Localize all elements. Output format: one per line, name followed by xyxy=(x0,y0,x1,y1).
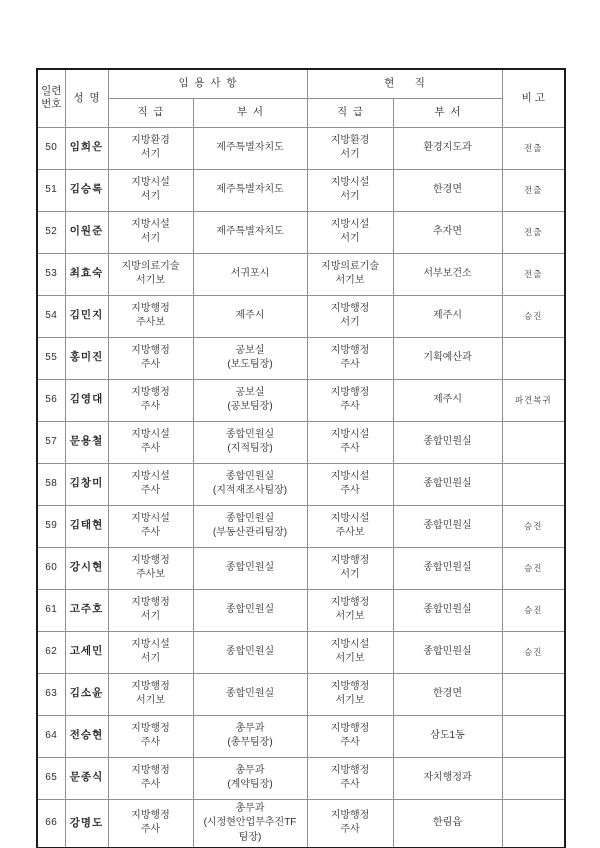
appointment-dept-cell: 총무과 (시정현안업무추진TF 팀장) xyxy=(193,799,307,848)
note-cell: 전출 xyxy=(502,127,565,169)
note-cell: 파견복귀 xyxy=(502,379,565,421)
note-cell: 승진 xyxy=(502,505,565,547)
appointment-dept-cell: 종합민원실 (부동산관리팀장) xyxy=(193,505,307,547)
name-cell: 김승록 xyxy=(65,169,108,211)
current-rank-cell: 지방시설 서기 xyxy=(307,211,393,253)
appointment-rank-cell: 지방시설 서기 xyxy=(108,211,193,253)
current-dept-cell: 한경면 xyxy=(393,673,502,715)
name-cell: 이원준 xyxy=(65,211,108,253)
current-rank-cell: 지방행정 서기보 xyxy=(307,673,393,715)
table-row: 65문종식지방행정 주사총무과 (계약팀장)지방행정 주사자치행정과 xyxy=(37,757,565,799)
name-cell: 문용철 xyxy=(65,421,108,463)
table-row: 60강시현지방행정 주사보종합민원실지방행정 서기종합민원실승진 xyxy=(37,547,565,589)
serial-cell: 52 xyxy=(37,211,65,253)
header-row-sub: 직 급 부 서 직 급 부 서 xyxy=(37,98,565,127)
current-dept-cell: 종합민원실 xyxy=(393,589,502,631)
current-dept-cell: 종합민원실 xyxy=(393,463,502,505)
note-cell xyxy=(502,715,565,757)
serial-cell: 62 xyxy=(37,631,65,673)
header-row-groups: 일련 번호 성 명 임 용 사 항 현 직 비 고 xyxy=(37,69,565,98)
note-cell xyxy=(502,673,565,715)
document-page: 일련 번호 성 명 임 용 사 항 현 직 비 고 직 급 부 서 직 급 부 … xyxy=(0,0,600,848)
current-dept-cell: 제주시 xyxy=(393,295,502,337)
table-row: 61고주호지방행정 서기종합민원실지방행정 서기보종합민원실승진 xyxy=(37,589,565,631)
current-dept-cell: 환경지도과 xyxy=(393,127,502,169)
current-rank-cell: 지방행정 주사 xyxy=(307,337,393,379)
current-rank-cell: 지방행정 서기보 xyxy=(307,589,393,631)
appointment-rank-cell: 지방시설 주사 xyxy=(108,463,193,505)
appointment-dept-cell: 공보실 (보도팀장) xyxy=(193,337,307,379)
table-row: 53최효숙지방의료기술 서기보서귀포시지방의료기술 서기보서부보건소전출 xyxy=(37,253,565,295)
current-dept-cell: 종합민원실 xyxy=(393,547,502,589)
appointment-dept-cell: 종합민원실 (지적재조사팀장) xyxy=(193,463,307,505)
note-cell xyxy=(502,337,565,379)
serial-cell: 50 xyxy=(37,127,65,169)
current-rank-cell: 지방행정 주사 xyxy=(307,715,393,757)
header-current-rank: 직 급 xyxy=(307,98,393,127)
current-rank-cell: 지방시설 주사 xyxy=(307,463,393,505)
table-row: 55홍미진지방행정 주사공보실 (보도팀장)지방행정 주사기획예산과 xyxy=(37,337,565,379)
current-rank-cell: 지방행정 서기 xyxy=(307,295,393,337)
appointment-dept-cell: 제주특별자치도 xyxy=(193,169,307,211)
name-cell: 강시현 xyxy=(65,547,108,589)
name-cell: 고세민 xyxy=(65,631,108,673)
header-current-position-group: 현 직 xyxy=(307,69,502,98)
serial-cell: 65 xyxy=(37,757,65,799)
current-dept-cell: 종합민원실 xyxy=(393,421,502,463)
appointment-dept-cell: 제주특별자치도 xyxy=(193,211,307,253)
name-cell: 임희은 xyxy=(65,127,108,169)
current-dept-cell: 종합민원실 xyxy=(393,505,502,547)
serial-cell: 60 xyxy=(37,547,65,589)
current-dept-cell: 한경면 xyxy=(393,169,502,211)
appointment-dept-cell: 제주시 xyxy=(193,295,307,337)
current-rank-cell: 지방행정 주사 xyxy=(307,379,393,421)
header-note: 비 고 xyxy=(502,69,565,127)
appointment-dept-cell: 총무과 (총무팀장) xyxy=(193,715,307,757)
current-dept-cell: 자치행정과 xyxy=(393,757,502,799)
note-cell: 승진 xyxy=(502,631,565,673)
table-row: 57문용철지방시설 주사종합민원실 (지적팀장)지방시설 주사종합민원실 xyxy=(37,421,565,463)
note-cell: 전출 xyxy=(502,211,565,253)
current-rank-cell: 지방시설 서기 xyxy=(307,169,393,211)
table-row: 56김영대지방행정 주사공보실 (공보팀장)지방행정 주사제주시파견복귀 xyxy=(37,379,565,421)
appointment-dept-cell: 종합민원실 xyxy=(193,631,307,673)
table-row: 50임희은지방환경 서기제주특별자치도지방환경 서기환경지도과전출 xyxy=(37,127,565,169)
appointment-rank-cell: 지방행정 주사 xyxy=(108,757,193,799)
current-rank-cell: 지방행정 서기 xyxy=(307,547,393,589)
appointment-rank-cell: 지방행정 주사보 xyxy=(108,295,193,337)
name-cell: 김태현 xyxy=(65,505,108,547)
current-rank-cell: 지방의료기술 서기보 xyxy=(307,253,393,295)
appointment-dept-cell: 서귀포시 xyxy=(193,253,307,295)
serial-cell: 57 xyxy=(37,421,65,463)
serial-cell: 54 xyxy=(37,295,65,337)
appointment-rank-cell: 지방환경 서기 xyxy=(108,127,193,169)
table-row: 52이원준지방시설 서기제주특별자치도지방시설 서기추자면전출 xyxy=(37,211,565,253)
appointment-dept-cell: 총무과 (계약팀장) xyxy=(193,757,307,799)
appointment-dept-cell: 종합민원실 xyxy=(193,547,307,589)
serial-cell: 64 xyxy=(37,715,65,757)
current-dept-cell: 기획예산과 xyxy=(393,337,502,379)
appointment-rank-cell: 지방행정 주사 xyxy=(108,715,193,757)
current-rank-cell: 지방환경 서기 xyxy=(307,127,393,169)
header-appointment-dept: 부 서 xyxy=(193,98,307,127)
current-dept-cell: 삼도1동 xyxy=(393,715,502,757)
current-rank-cell: 지방시설 서기보 xyxy=(307,631,393,673)
appointment-rank-cell: 지방시설 서기 xyxy=(108,169,193,211)
table-row: 66강명도지방행정 주사총무과 (시정현안업무추진TF 팀장)지방행정 주사한림… xyxy=(37,799,565,848)
serial-cell: 55 xyxy=(37,337,65,379)
appointment-dept-cell: 종합민원실 xyxy=(193,673,307,715)
name-cell: 김소윤 xyxy=(65,673,108,715)
header-name: 성 명 xyxy=(65,69,108,127)
name-cell: 최효숙 xyxy=(65,253,108,295)
appointment-rank-cell: 지방행정 주사 xyxy=(108,799,193,848)
note-cell xyxy=(502,757,565,799)
current-dept-cell: 한림읍 xyxy=(393,799,502,848)
header-serial-number: 일련 번호 xyxy=(37,69,65,127)
note-cell xyxy=(502,421,565,463)
appointment-dept-cell: 종합민원실 xyxy=(193,589,307,631)
serial-cell: 59 xyxy=(37,505,65,547)
note-cell: 승진 xyxy=(502,295,565,337)
header-current-dept: 부 서 xyxy=(393,98,502,127)
appointment-rank-cell: 지방행정 주사 xyxy=(108,379,193,421)
name-cell: 문종식 xyxy=(65,757,108,799)
header-appointment-rank: 직 급 xyxy=(108,98,193,127)
current-dept-cell: 종합민원실 xyxy=(393,631,502,673)
table-header: 일련 번호 성 명 임 용 사 항 현 직 비 고 직 급 부 서 직 급 부 … xyxy=(37,69,565,127)
serial-cell: 63 xyxy=(37,673,65,715)
table-body: 50임희은지방환경 서기제주특별자치도지방환경 서기환경지도과전출51김승록지방… xyxy=(37,127,565,848)
appointment-rank-cell: 지방행정 서기보 xyxy=(108,673,193,715)
appointment-rank-cell: 지방시설 서기 xyxy=(108,631,193,673)
note-cell: 전출 xyxy=(502,253,565,295)
note-cell: 전출 xyxy=(502,169,565,211)
note-cell: 승진 xyxy=(502,589,565,631)
appointment-rank-cell: 지방시설 주사 xyxy=(108,505,193,547)
current-rank-cell: 지방시설 주사보 xyxy=(307,505,393,547)
current-rank-cell: 지방시설 주사 xyxy=(307,421,393,463)
table-row: 51김승록지방시설 서기제주특별자치도지방시설 서기한경면전출 xyxy=(37,169,565,211)
name-cell: 홍미진 xyxy=(65,337,108,379)
personnel-appointment-table: 일련 번호 성 명 임 용 사 항 현 직 비 고 직 급 부 서 직 급 부 … xyxy=(36,68,566,848)
appointment-dept-cell: 제주특별자치도 xyxy=(193,127,307,169)
name-cell: 강명도 xyxy=(65,799,108,848)
note-cell xyxy=(502,463,565,505)
serial-cell: 58 xyxy=(37,463,65,505)
current-dept-cell: 추자면 xyxy=(393,211,502,253)
table-row: 64전승현지방행정 주사총무과 (총무팀장)지방행정 주사삼도1동 xyxy=(37,715,565,757)
serial-cell: 61 xyxy=(37,589,65,631)
appointment-rank-cell: 지방행정 서기 xyxy=(108,589,193,631)
name-cell: 고주호 xyxy=(65,589,108,631)
name-cell: 김창미 xyxy=(65,463,108,505)
name-cell: 김영대 xyxy=(65,379,108,421)
table-row: 54김민지지방행정 주사보제주시지방행정 서기제주시승진 xyxy=(37,295,565,337)
appointment-rank-cell: 지방행정 주사 xyxy=(108,337,193,379)
serial-cell: 66 xyxy=(37,799,65,848)
table-row: 62고세민지방시설 서기종합민원실지방시설 서기보종합민원실승진 xyxy=(37,631,565,673)
note-cell: 승진 xyxy=(502,547,565,589)
current-rank-cell: 지방행정 주사 xyxy=(307,799,393,848)
serial-cell: 51 xyxy=(37,169,65,211)
appointment-rank-cell: 지방시설 주사 xyxy=(108,421,193,463)
appointment-rank-cell: 지방의료기술 서기보 xyxy=(108,253,193,295)
name-cell: 김민지 xyxy=(65,295,108,337)
current-dept-cell: 제주시 xyxy=(393,379,502,421)
table-row: 59김태현지방시설 주사종합민원실 (부동산관리팀장)지방시설 주사보종합민원실… xyxy=(37,505,565,547)
current-rank-cell: 지방행정 주사 xyxy=(307,757,393,799)
name-cell: 전승현 xyxy=(65,715,108,757)
table-row: 63김소윤지방행정 서기보종합민원실지방행정 서기보한경면 xyxy=(37,673,565,715)
current-dept-cell: 서부보건소 xyxy=(393,253,502,295)
appointment-dept-cell: 종합민원실 (지적팀장) xyxy=(193,421,307,463)
serial-cell: 53 xyxy=(37,253,65,295)
serial-cell: 56 xyxy=(37,379,65,421)
appointment-dept-cell: 공보실 (공보팀장) xyxy=(193,379,307,421)
table-row: 58김창미지방시설 주사종합민원실 (지적재조사팀장)지방시설 주사종합민원실 xyxy=(37,463,565,505)
appointment-rank-cell: 지방행정 주사보 xyxy=(108,547,193,589)
note-cell xyxy=(502,799,565,848)
header-appointment-group: 임 용 사 항 xyxy=(108,69,307,98)
